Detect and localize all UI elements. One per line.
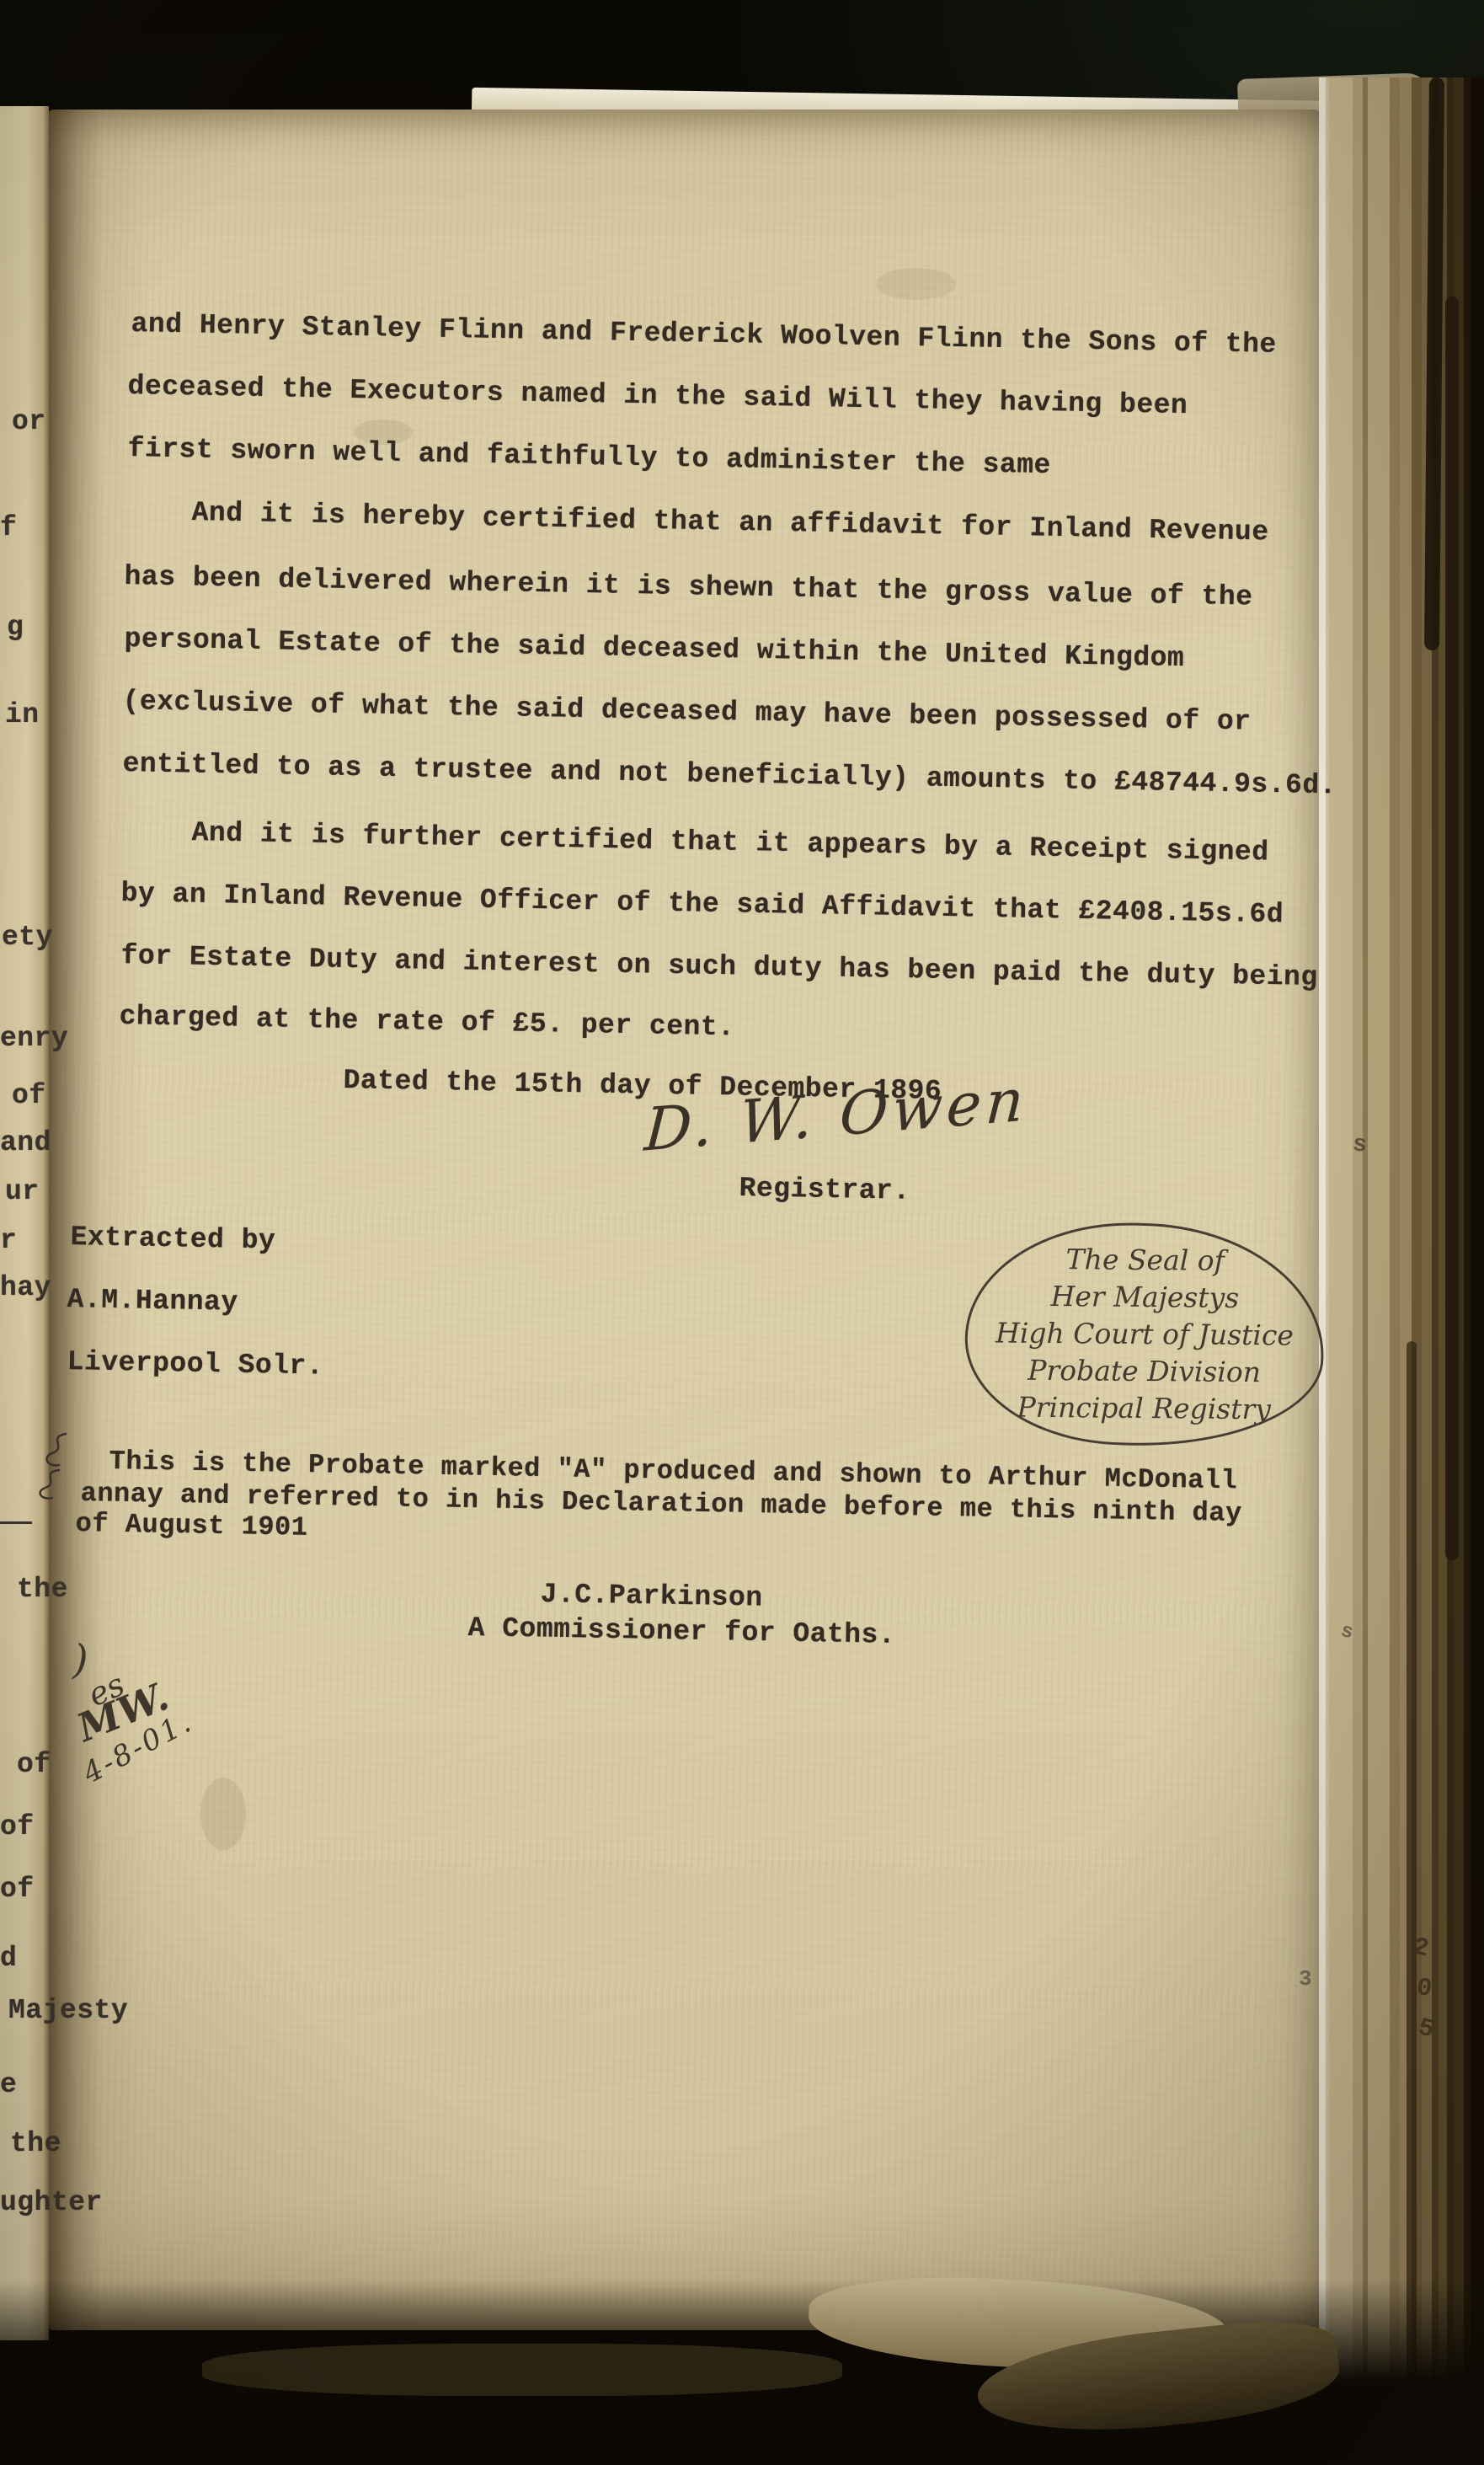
margin-fragment: Majesty <box>8 1995 128 2026</box>
margin-fragment: ughter <box>0 2187 103 2218</box>
margin-fragment: of <box>0 1874 35 1905</box>
seal-text-line: Principal Registry <box>967 1388 1321 1429</box>
seal-text-line: Her Majestys <box>968 1277 1321 1318</box>
margin-fragment: f <box>0 512 17 543</box>
seal-text-line: Probate Division <box>967 1351 1321 1392</box>
margin-fragment: the <box>17 1574 68 1605</box>
commissioner-name: J.C.Parkinson <box>540 1579 763 1614</box>
attestation-line: of August 1901 <box>75 1508 307 1543</box>
crumpled-page-edge <box>202 2344 842 2396</box>
fore-edge-shadow-streak <box>1424 78 1444 650</box>
book-fore-edge <box>1319 78 1484 2406</box>
margin-fragment: of <box>12 1080 46 1111</box>
margin-fragment: g <box>7 612 24 643</box>
seal-text-line: High Court of Justice <box>968 1314 1321 1355</box>
margin-fragment: the <box>10 2128 61 2159</box>
handwritten-mark <box>39 1430 74 1471</box>
registrar-title: Registrar. <box>739 1173 910 1207</box>
margin-fragment: of <box>17 1749 51 1780</box>
margin-fragment: ety <box>2 922 53 953</box>
seal-text-line: The Seal of <box>969 1240 1322 1281</box>
handwritten-mark <box>34 1468 66 1503</box>
solicitor-city: Liverpool Solr. <box>67 1346 323 1382</box>
extracted-by-label: Extracted by <box>70 1222 275 1256</box>
edge-mark: 3 <box>1299 1966 1312 1992</box>
fore-edge-shadow-streak <box>1445 297 1459 1560</box>
margin-fragment: of <box>0 1811 35 1842</box>
margin-fragment: in <box>5 699 40 730</box>
scanned-probate-page: and Henry Stanley Flinn and Frederick Wo… <box>0 0 1484 2465</box>
margin-fragment: r <box>0 1225 17 1256</box>
margin-fragment: ur <box>5 1176 40 1207</box>
fore-edge-shadow-streak <box>1407 1341 1417 2403</box>
margin-fragment: or <box>12 406 46 437</box>
margin-fragment: d <box>0 1943 17 1974</box>
margin-fragment: ) <box>72 1636 88 1683</box>
margin-fragment: e <box>0 2069 17 2100</box>
margin-dash <box>0 1521 32 1524</box>
margin-fragment: hay <box>0 1272 51 1303</box>
margin-fragment: enry <box>0 1023 68 1054</box>
seal-text: The Seal of Her Majestys High Court of J… <box>967 1224 1322 1445</box>
probate-seal: The Seal of Her Majestys High Court of J… <box>963 1218 1327 1450</box>
margin-fragment: and <box>0 1127 51 1158</box>
solicitor-name: A.M.Hannay <box>67 1284 238 1318</box>
